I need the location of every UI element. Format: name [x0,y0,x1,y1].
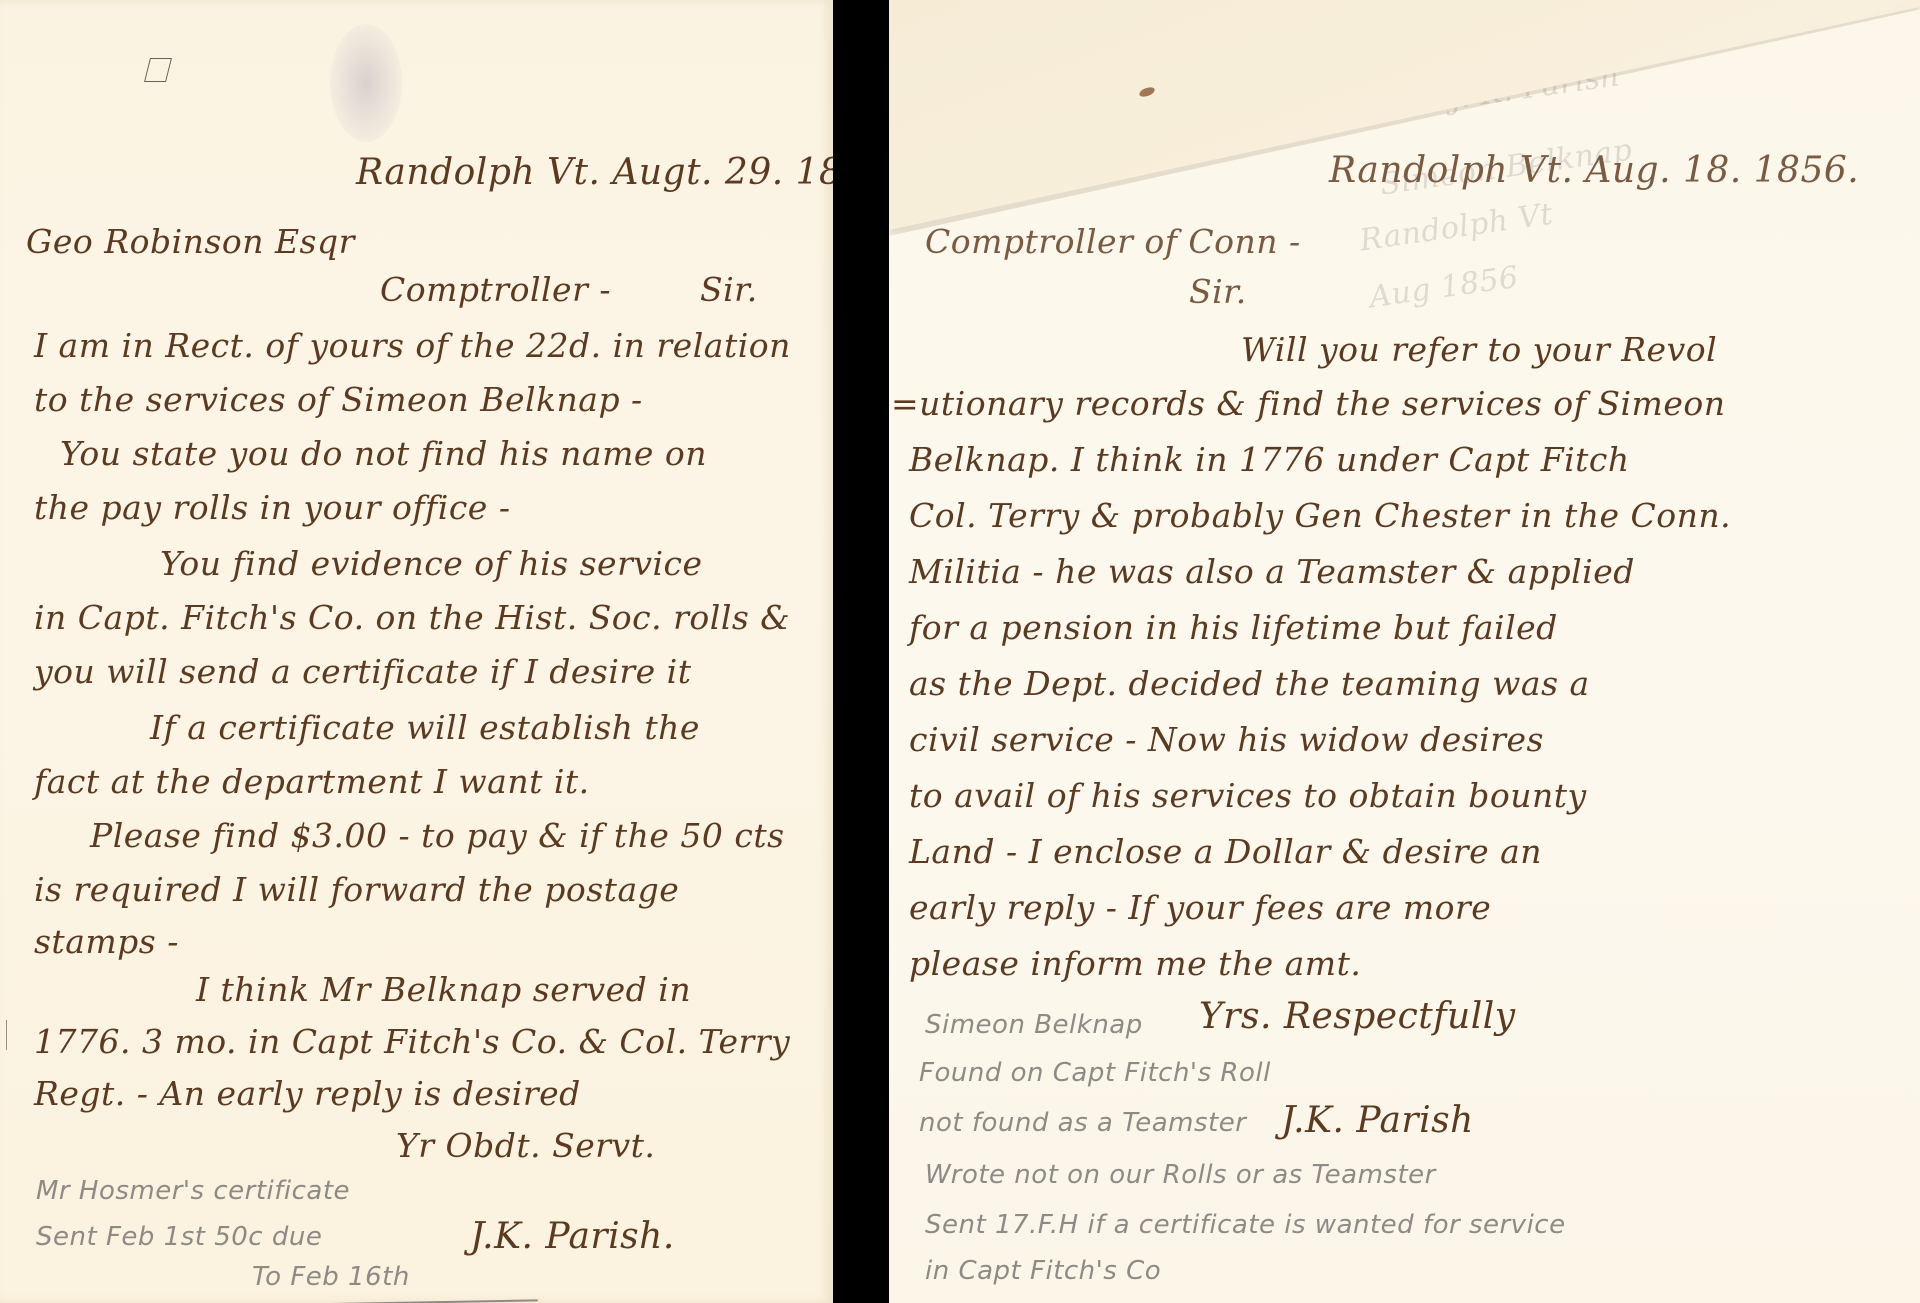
pencil-note: Found on Capt Fitch's Roll [919,1058,1271,1088]
body-line: Please find $3.00 - to pay & if the 50 c… [90,816,785,855]
closing: Yr Obdt. Servt. [396,1126,655,1165]
bleed-through-text: Aug 1856 [1367,260,1520,316]
recipient-title: Comptroller - [380,270,611,309]
seal-stain [330,24,402,142]
body-line: the pay rolls in your office - [34,488,510,527]
pencil-note: not found as a Teamster [919,1108,1246,1138]
body-line: Land - I enclose a Dollar & desire an [909,832,1542,871]
signature: J.K. Parish. [470,1216,675,1257]
closing: Yrs. Respectfully [1199,996,1516,1037]
body-line: fact at the department I want it. [34,762,590,801]
body-line: I think Mr Belknap served in [196,970,691,1009]
body-line: for a pension in his lifetime but failed [909,608,1558,647]
pencil-underline [238,1299,538,1303]
body-line: to the services of Simeon Belknap - [34,380,643,419]
body-line: early reply - If your fees are more [909,888,1491,927]
body-line: please inform me the amt. [909,944,1361,983]
bleed-through-text: Randolph Vt [1358,197,1556,259]
body-line: =utionary records & find the services of… [891,384,1725,423]
edge-mark [6,1020,7,1050]
body-line: as the Dept. decided the teaming was a [909,664,1590,703]
page-gutter [833,0,889,1303]
body-line: Regt. - An early reply is desired [34,1074,581,1113]
recipient-title: Comptroller of Conn - [925,222,1301,261]
letter-date-heading: Randolph Vt. Augt. 29. 1856 [356,152,833,193]
pencil-note: Mr Hosmer's certificate [36,1176,350,1206]
document-viewer: Randolph Vt. Augt. 29. 1856 Geo Robinson… [0,0,1920,1303]
body-line: stamps - [34,922,179,961]
body-line: You state you do not find his name on [60,434,707,473]
letter-date-heading: Randolph Vt. Aug. 18. 1856. [1329,150,1859,191]
body-line: Will you refer to your Revol [1241,330,1717,369]
square-mark-icon [144,58,172,82]
body-line: you will send a certificate if I desire … [34,652,692,691]
pencil-note: To Feb 16th [252,1262,410,1292]
body-line: Belknap. I think in 1776 under Capt Fitc… [909,440,1630,479]
pencil-note: Sent 17.F.H if a certificate is wanted f… [925,1210,1566,1240]
letter-page-left: Randolph Vt. Augt. 29. 1856 Geo Robinson… [0,0,833,1303]
body-line: to avail of his services to obtain bount… [909,776,1587,815]
body-line: Col. Terry & probably Gen Chester in the… [909,496,1731,535]
recipient-name: Geo Robinson Esqr [26,222,355,261]
salutation-sir: Sir. [700,270,758,309]
body-line: I am in Rect. of yours of the 22d. in re… [34,326,791,365]
pencil-note: in Capt Fitch's Co [925,1256,1161,1286]
body-line: civil service - Now his widow desires [909,720,1544,759]
body-line: in Capt. Fitch's Co. on the Hist. Soc. r… [34,598,790,637]
body-line: If a certificate will establish the [150,708,700,747]
pencil-note: Simeon Belknap [925,1010,1143,1040]
body-line: 1776. 3 mo. in Capt Fitch's Co. & Col. T… [34,1022,790,1061]
signature: J.K. Parish [1281,1100,1474,1141]
body-line: Militia - he was also a Teamster & appli… [909,552,1635,591]
pencil-note: Wrote not on our Rolls or as Teamster [925,1160,1436,1190]
letter-page-right: J. K. Parish Simeon Belknap Randolph Vt … [889,0,1920,1303]
body-line: You find evidence of his service [160,544,703,583]
pencil-note: Sent Feb 1st 50c due [36,1222,322,1252]
salutation-sir: Sir. [1189,272,1247,311]
body-line: is required I will forward the postage [34,870,679,909]
